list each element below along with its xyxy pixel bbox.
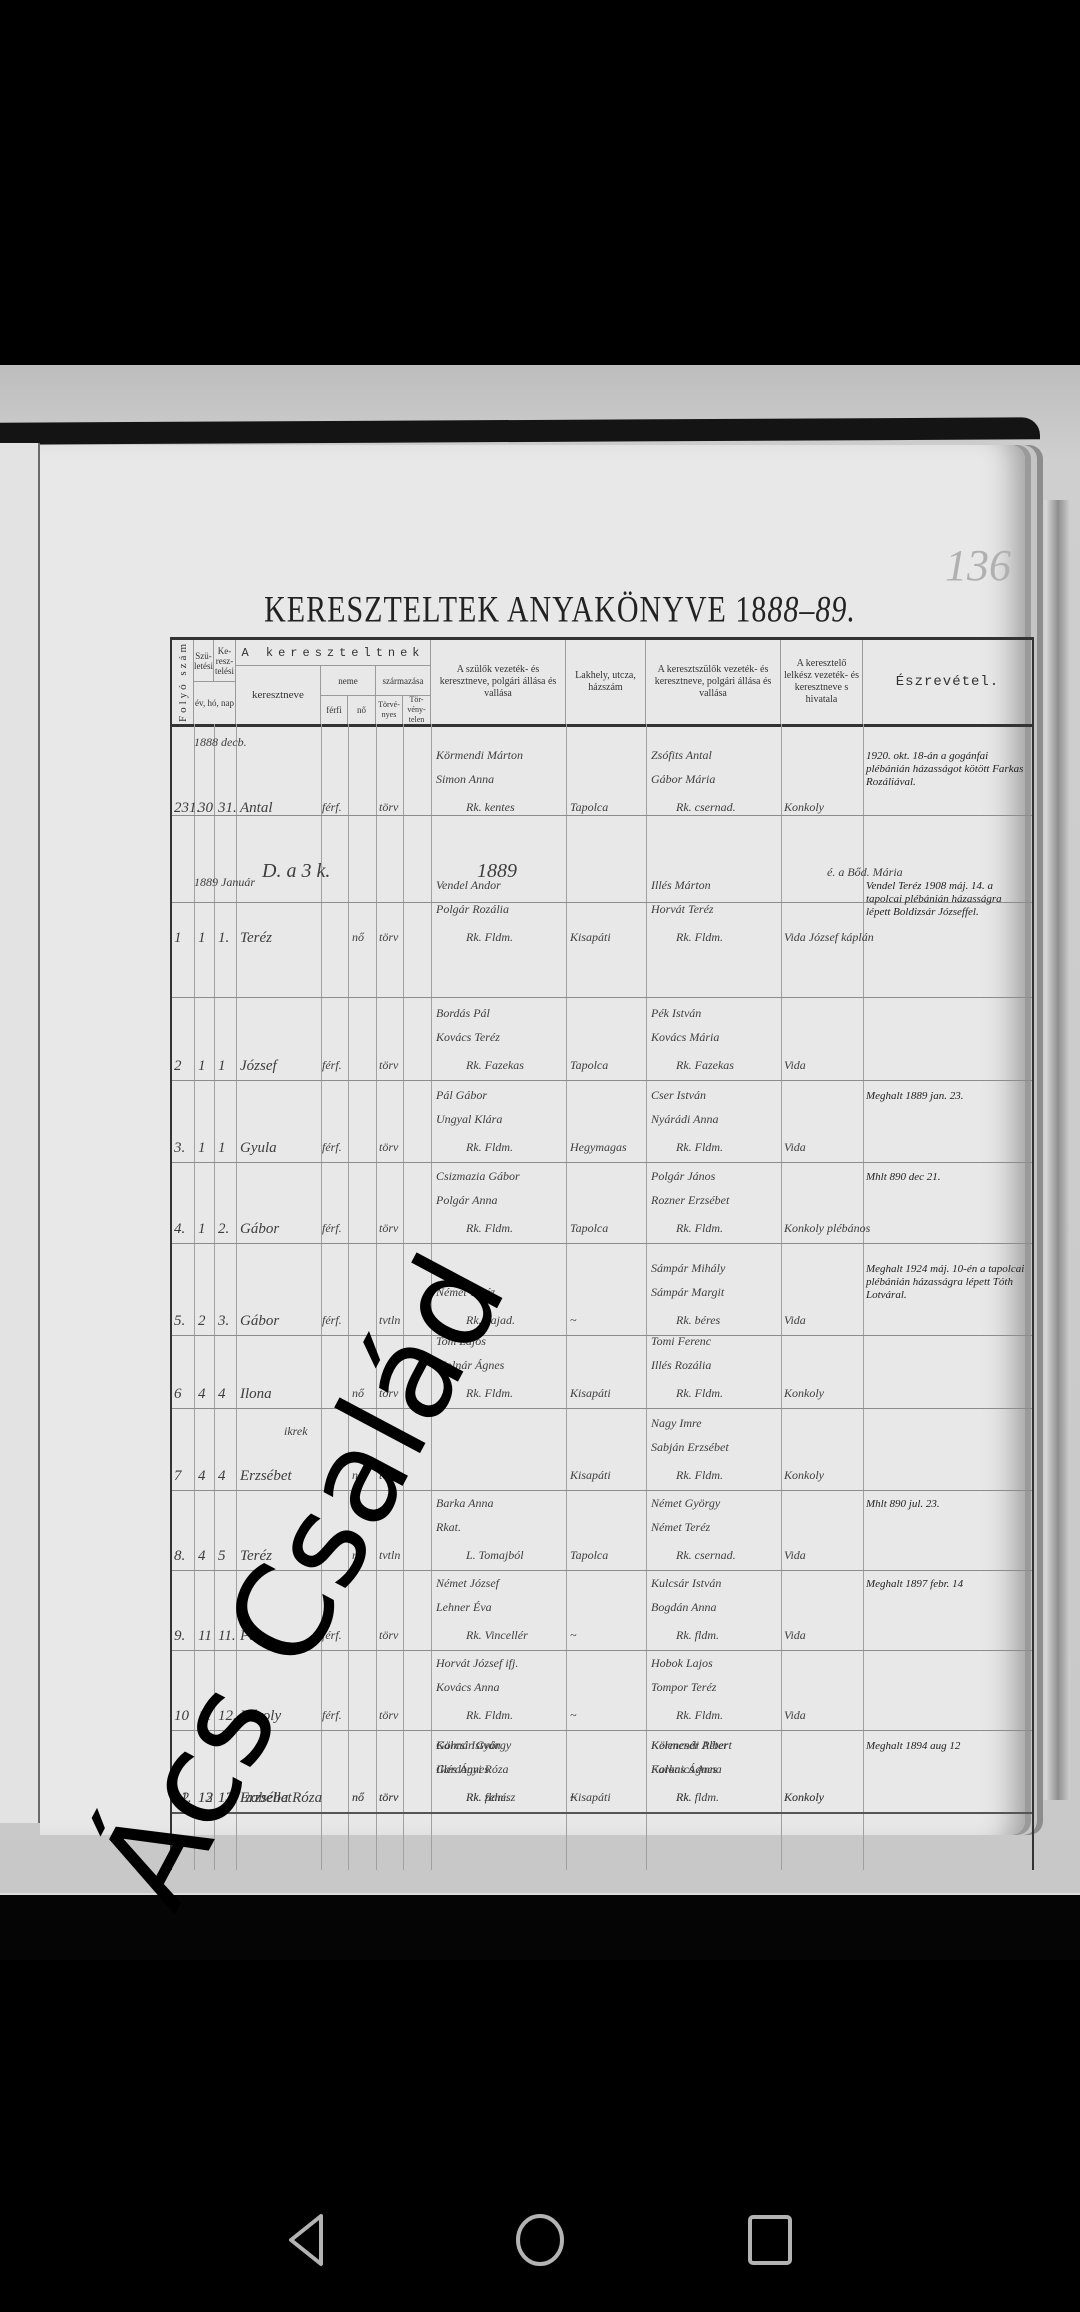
entry-legitimacy: törv [379,930,398,945]
entry-godparent-line: Sámpár Margit [651,1285,724,1300]
header-szulok: A szülők vezeték- és keresztneve, polgár… [431,640,566,724]
header-eszrevetel: Észrevétel. [863,640,1032,724]
entry-parent-line: L. Tomajból [466,1548,524,1563]
entry-number: 2 [174,1058,182,1075]
entry-parent-line: Polgár Anna [436,1193,497,1208]
entry-godparent-line: Rk. Fldm. [676,1386,723,1401]
header-ferfi: férfi [321,696,348,724]
entry-number: 5. [174,1313,185,1330]
entry-parent-line: Rk. Fazekas [466,1058,524,1073]
entry-sex-male: férf. [322,1140,342,1155]
entry-given-name: Gyula [240,1140,277,1157]
header-torvenytelen: Tör-vény-telen [403,696,431,724]
entry-parent-line: Rk. Fldm. [466,930,513,945]
entry-parent-line: Simon Anna [436,772,494,787]
entry-given-name: Gábor [240,1313,279,1330]
entry-baptism-day: 1 [218,1140,226,1157]
entry-godparent-line: Német György [651,1496,720,1511]
entry-birth-day: 1 [198,1058,206,1075]
entry-number: 9. [174,1628,185,1645]
entry-baptism-day: 2. [218,1221,229,1238]
entry-parent-line: Kalmár György [436,1738,511,1753]
header-kereszteles: Ke-resz-telési [214,640,236,682]
entry-sex-female: nő [352,930,364,945]
entry-godparent-line: Rozner Erzsébet [651,1193,729,1208]
entry-baptism-day: 4 [218,1468,226,1485]
entry-legitimacy: törv [379,1058,398,1073]
entry-remark: Meghalt 1894 aug 12 [866,1740,1026,1753]
back-button[interactable] [268,2200,348,2280]
entry-remark: Meghalt 1897 febr. 14 [866,1578,1026,1591]
recents-square-icon [745,2212,795,2268]
entry-godparent-line: Bogdán Anna [651,1600,716,1615]
entry-birth-day: 4 [198,1548,206,1565]
entry-number: 3. [174,1140,185,1157]
entry-parent-line: Vendel Andor [436,878,501,893]
entry-priest: Konkoly [784,1468,824,1483]
entry-sex-female: nő [352,1790,364,1805]
entry-number: 7 [174,1468,182,1485]
entry-given-name: Antal [240,800,273,817]
entry-given-name: Teréz [240,930,272,947]
entry-godparent-line: Rk. Fldm. [676,1708,723,1723]
header-keresztneve: keresztneve [236,666,321,724]
entry-priest: Vida [784,1313,806,1328]
entry-godparent-line: Rk. Fldm. [676,1221,723,1236]
entry-residence: Tapolca [570,1221,608,1236]
entry-remark: Mhlt 890 dec 21. [866,1171,1026,1184]
entry-given-name: József [240,1058,277,1075]
entry-year-month: 1889 Január [194,875,255,890]
entry-godparent-line: Sámpár Mihály [651,1261,725,1276]
entry-godparent-line: Rk. fldm. [676,1628,719,1643]
entry-godparent-line: Tompor Teréz [651,1680,716,1695]
section-marker-right: é. a Bőd. Mária [827,865,903,880]
entry-godparent-line: Polgár János [651,1169,715,1184]
entry-birth-day: 4 [198,1468,206,1485]
entry-godparent-line: Német Teréz [651,1520,710,1535]
entry-number: 8. [174,1548,185,1565]
section-marker-left: D. a 3 k. [262,860,330,883]
entry-legitimacy: törv [379,1790,398,1805]
entry-parent-line: Kovács Anna [436,1680,499,1695]
entry-remark: Vendel Teréz 1908 máj. 14. a tapolcai pl… [866,880,1026,919]
entry-godparent-line: Rk. béres [676,1313,720,1328]
entry-residence: Tapolca [570,1058,608,1073]
header-torvenyes: Törvé-nyes [376,696,403,724]
entry-remark: 1920. okt. 18-án a gogánfai plébánián há… [866,750,1026,789]
header-a-kereszteltnek: A kereszteltnek [236,640,431,666]
entry-priest: Vida [784,1628,806,1643]
entry-baptism-day: 1 [218,1058,226,1075]
entry-residence: ~ [570,1628,577,1643]
entry-parent-line: Körmendi Márton [436,748,523,763]
entry-godparent-line: Rk. Fldm. [676,1468,723,1483]
entry-priest: Vida József káplán [784,930,874,945]
entry-parent-line: Pál Gábor [436,1088,487,1103]
entry-baptism-day: 4 [218,1386,226,1403]
header-lakhely: Lakhely, utcza, házszám [566,640,646,724]
image-viewer[interactable]: 136 KERESZTELTEK ANYAKÖNYVE 1888–89. Fol… [0,0,1080,2160]
entry-parent-line: Rk. Fldm. [466,1708,513,1723]
entry-sex-male: férf. [322,800,342,815]
header-szarmazasa: származása [376,666,431,696]
entry-sex-male: férf. [322,1221,342,1236]
entry-godparent-line: Cser István [651,1088,706,1103]
register-page: 136 KERESZTELTEK ANYAKÖNYVE 1888–89. Fol… [40,445,1025,1835]
entry-residence: Tapolca [570,800,608,815]
entry-godparent-line: Horvát Teréz [651,902,714,917]
entry-godparent-line: Kulcsár István [651,1576,721,1591]
entry-priest: Vida [784,1140,806,1155]
recents-button[interactable] [730,2200,810,2280]
entry-godparent-line: Kovács Mária [651,1030,719,1045]
entry-parent-line: Horvát József ifj. [436,1656,518,1671]
entry-godparent-line: Rk. Fldm. [676,1140,723,1155]
entry-given-name: Ilona [240,1386,272,1403]
entry-godparent-line: Illés Rozália [651,1358,711,1373]
title-text: KERESZTELTEK ANYAKÖNYVE 18 [264,589,767,630]
page-title: KERESZTELTEK ANYAKÖNYVE 1888–89. [40,589,1080,632]
entry-godparent-line: Tomi Ferenc [651,1334,711,1349]
entry-parent-line: Kovács Teréz [436,1030,500,1045]
entry-residence: ~ [570,1313,577,1328]
entry-birth-day: 1 [198,930,206,947]
header-lelkesz: A keresztelő lelkész vezeték- és kereszt… [781,640,863,724]
entry-parent-line: Lehner Éva [436,1600,492,1615]
entry-residence: Kisapáti [570,1468,611,1483]
entry-godparent-line: Zsófits Antal [651,748,712,763]
entry-godparent-line: Rk. fldm. [676,1790,719,1805]
entry-parent-line: Ungyal Klára [436,1112,502,1127]
entry-baptism-day: 1. [218,930,229,947]
entry-godparent-line: Nagy Imre [651,1416,702,1431]
entry-remark: Mhlt 890 jul. 23. [866,1498,1026,1511]
entry-birth-day: 2 [198,1313,206,1330]
entry-birth-day: 30 [198,800,213,817]
entry-godparent-line: Hobok Lajos [651,1656,713,1671]
entry-godparent-line: Rk. csernad. [676,1548,736,1563]
entry-priest: Konkoly [784,1386,824,1401]
entry-parent-line: Barka Anna [436,1496,493,1511]
header-keresztszulok: A keresztszülők vezeték- és keresztneve,… [646,640,781,724]
entry-godparent-line: Gábor Mária [651,772,715,787]
entry-godparent-line: Pék István [651,1006,701,1021]
entry-parent-line: Rkat. [436,1520,461,1535]
header-szuletesi: Szü-letési [194,640,214,682]
entry-remark: Meghalt 1924 máj. 10-én a tapolcai plébá… [866,1263,1026,1302]
entry-priest: Konkoly plébános [784,1221,870,1236]
entry-godparent-line: Illés Márton [651,878,711,893]
entry-godparent-line: Kelencsér Péter [651,1738,728,1753]
entry-legitimacy: törv [379,1628,398,1643]
home-button[interactable] [500,2200,580,2280]
entry-number: 4. [174,1221,185,1238]
book-edge-shadow [0,417,1040,444]
header-no: nő [348,696,376,724]
entry-parent-line: Rk. Vincellér [466,1628,528,1643]
entry-birth-day: 4 [198,1386,206,1403]
entry-parent-line: Illés Ágnes [436,1762,489,1777]
entry-priest: Vida [784,1708,806,1723]
entry-parent-line: Rk. Fldm. [466,1140,513,1155]
entry-remark: Meghalt 1889 jan. 23. [866,1090,1026,1103]
entry-baptism-day: 3. [218,1313,229,1330]
header-folyo-szam: Folyó szám [172,640,194,724]
entry-birth-day: 1 [198,1221,206,1238]
entry-sex-male: férf. [322,1708,342,1723]
entry-residence: Kisapáti [570,930,611,945]
entry-parent-line: Német József [436,1576,499,1591]
entry-parent-line: Rk. fldm. [466,1790,509,1805]
entry-godparent-line: Rk. Fazekas [676,1058,734,1073]
header-neme: neme [321,666,376,696]
entry-priest: Vida [784,1058,806,1073]
entry-sex-male: férf. [322,1313,342,1328]
left-page-edge [0,443,40,1823]
entry-godparent-line: Nyárádi Anna [651,1112,718,1127]
page-number: 136 [945,540,1011,591]
entry-priest: Konkoly [784,1790,824,1805]
entry-number: 1 [174,930,182,947]
entry-year-month: 1888 decb. [194,735,247,750]
page-stack-edges [1030,500,1070,1800]
entry-residence: ~ [570,1708,577,1723]
entry-number: 6 [174,1386,182,1403]
header-ev-ho-nap: év, hó, nap [194,682,236,724]
entry-residence: Kisapáti [570,1386,611,1401]
entry-godparent-line: Rk. Fldm. [676,930,723,945]
entry-residence: Hegymagas [570,1140,627,1155]
entry-priest: Konkoly [784,800,824,815]
entry-parent-line: Rk. Fldm. [466,1221,513,1236]
entry-baptism-day: 5 [218,1548,226,1565]
entry-number: 231. [174,800,200,817]
entry-residence: Tapolca [570,1548,608,1563]
entry-priest: Vida [784,1548,806,1563]
entry-given-name: Gábor [240,1221,279,1238]
entry-godparent-line: Rk. csernad. [676,800,736,815]
table-header: Folyó szám Szü-letési Ke-resz-telési év,… [172,640,1032,727]
entry-godparent-line: Sabján Erzsébet [651,1440,729,1455]
entry-residence: Kisapáti [570,1790,611,1805]
entry-legitimacy: törv [379,1708,398,1723]
entry-parent-line: Polgár Rozália [436,902,509,917]
entry-legitimacy: törv [379,1221,398,1236]
back-triangle-icon [283,2212,333,2268]
android-navigation-bar [0,2160,1080,2312]
entry-legitimacy: törv [379,800,398,815]
entry-legitimacy: törv [379,1140,398,1155]
entry-godparent-line: Kolonics Anna [651,1762,722,1777]
home-circle-icon [513,2212,567,2268]
entry-parent-line: Csizmazia Gábor [436,1169,520,1184]
entry-sex-male: férf. [322,1058,342,1073]
entry-baptism-day: 31. [218,800,237,817]
title-year: 88–89. [767,589,856,630]
entry-parent-line: Rk. kentes [466,800,515,815]
entry-parent-line: Bordás Pál [436,1006,490,1021]
entry-birth-day: 1 [198,1140,206,1157]
